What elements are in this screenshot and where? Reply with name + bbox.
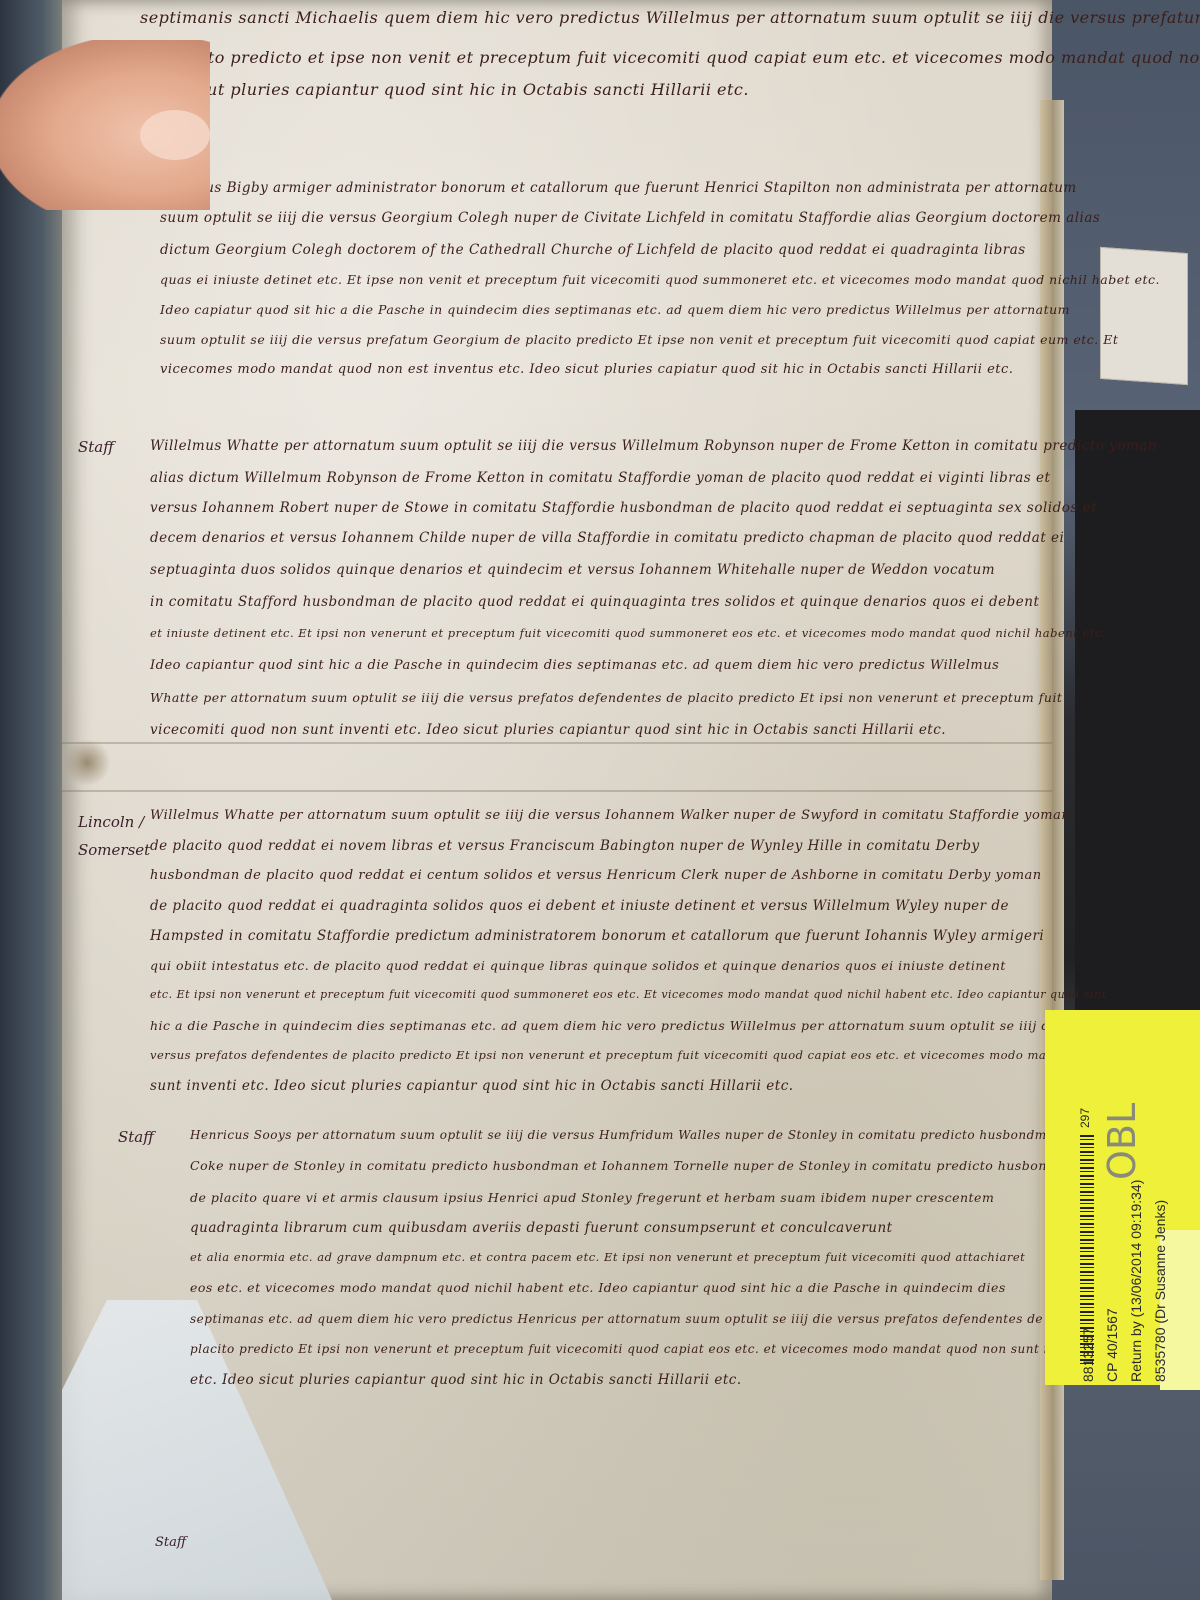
text-line: Coke nuper de Stonley in comitatu predic… [190, 1158, 1084, 1173]
text-line: vicecomiti quod non sunt inventi etc. Id… [150, 722, 946, 738]
text-line: sunt inventi etc. Ideo sicut pluries cap… [150, 1078, 794, 1094]
text-line: etc. Ideo sicut pluries capiantur quod s… [190, 1372, 742, 1388]
parchment-stain [62, 740, 112, 785]
text-line: in comitatu Stafford husbondman de placi… [150, 594, 1039, 610]
text-line: Henricus Sooys per attornatum suum optul… [190, 1128, 1140, 1142]
text-line: quadraginta librarum cum quibusdam averi… [190, 1220, 893, 1236]
text-line: suum optulit se iiij die versus Georgium… [160, 210, 1100, 226]
text-line: Ideo capiatur quod sit hic a die Pasche … [160, 302, 1070, 317]
text-line: versus prefatos defendentes de placito p… [150, 1048, 1137, 1062]
text-line: et iniuste detinent etc. Et ipsi non ven… [150, 626, 1106, 640]
text-line: etc. Et ipsi non venerunt et preceptum f… [150, 988, 1107, 1001]
text-line: Hampsted in comitatu Staffordie predictu… [150, 928, 1044, 944]
text-line: Ideo sicut pluries capiantur quod sint h… [140, 80, 749, 99]
text-line: de placito quod reddat ei novem libras e… [150, 838, 980, 854]
thumbnail [140, 110, 210, 160]
text-line: placito predicto Et ipsi non venerunt et… [190, 1342, 1089, 1356]
margin-county-note: Lincoln / Somerset [78, 808, 148, 864]
text-line: septuaginta duos solidos quinque denario… [150, 562, 995, 578]
text-line: Whatte per attornatum suum optulit se ii… [150, 690, 1062, 705]
text-line: decem denarios et versus Iohannem Childe… [150, 530, 1064, 546]
text-line: septimanas etc. ad quem diem hic vero pr… [190, 1312, 1043, 1326]
text-line: alias dictum Willelmum Robynson de Frome… [150, 470, 1050, 486]
membrane-join [62, 742, 1052, 744]
return-by-date: Return by (13/06/2014 09:19:34) [1128, 1180, 1144, 1382]
text-line: Willelmus Bigby armiger administrator bo… [150, 180, 1077, 196]
bottom-margin-note: Staff [155, 1535, 186, 1550]
text-line: quas ei iniuste detinet etc. Et ipse non… [160, 272, 1160, 287]
margin-county-note: Staff [78, 438, 114, 456]
text-line: dictum Georgium Colegh doctorem of the C… [160, 242, 1026, 258]
text-line: husbondman de placito quod reddat ei cen… [150, 868, 1042, 883]
text-line: vicecomes modo mandat quod non est inven… [160, 362, 1013, 377]
pencil-mark: OBL [1100, 1103, 1144, 1180]
text-line: hic a die Pasche in quindecim dies septi… [150, 1018, 1062, 1033]
text-line: de placito quare vi et armis clausum ips… [190, 1190, 994, 1205]
text-line: de placito quod reddat ei quadraginta so… [150, 898, 1009, 914]
text-line: suum optulit se iiij die versus prefatum… [160, 332, 1118, 347]
text-line: versus Iohannem Robert nuper de Stowe in… [150, 500, 1097, 516]
loose-parchment-fragment [1100, 247, 1188, 385]
membrane-fold [62, 790, 1052, 792]
text-line: septimanis sancti Michaelis quem diem hi… [140, 8, 1200, 27]
text-line: eos etc. et vicecomes modo mandat quod n… [190, 1280, 1006, 1295]
text-line: qui obiit intestatus etc. de placito quo… [150, 958, 1006, 973]
text-line: et alia enormia etc. ad grave dampnum et… [190, 1250, 1025, 1264]
document-reference: CP 40/1567 [1104, 1308, 1120, 1382]
text-line: Willelmus Whatte per attornatum suum opt… [150, 438, 1157, 454]
reader-name: 8535780 (Dr Susanne Jenks) [1152, 1200, 1168, 1382]
barcode-number: 297 [1078, 1108, 1092, 1128]
margin-county-note: Staff [118, 1128, 154, 1146]
background-left [0, 0, 70, 1600]
text-line: Ideo capiantur quod sint hic a die Pasch… [150, 658, 999, 673]
text-line: de placito predicto et ipse non venit et… [140, 48, 1200, 67]
item-number: 8813257 [1080, 1327, 1096, 1382]
text-line: Willelmus Whatte per attornatum suum opt… [150, 808, 1070, 823]
